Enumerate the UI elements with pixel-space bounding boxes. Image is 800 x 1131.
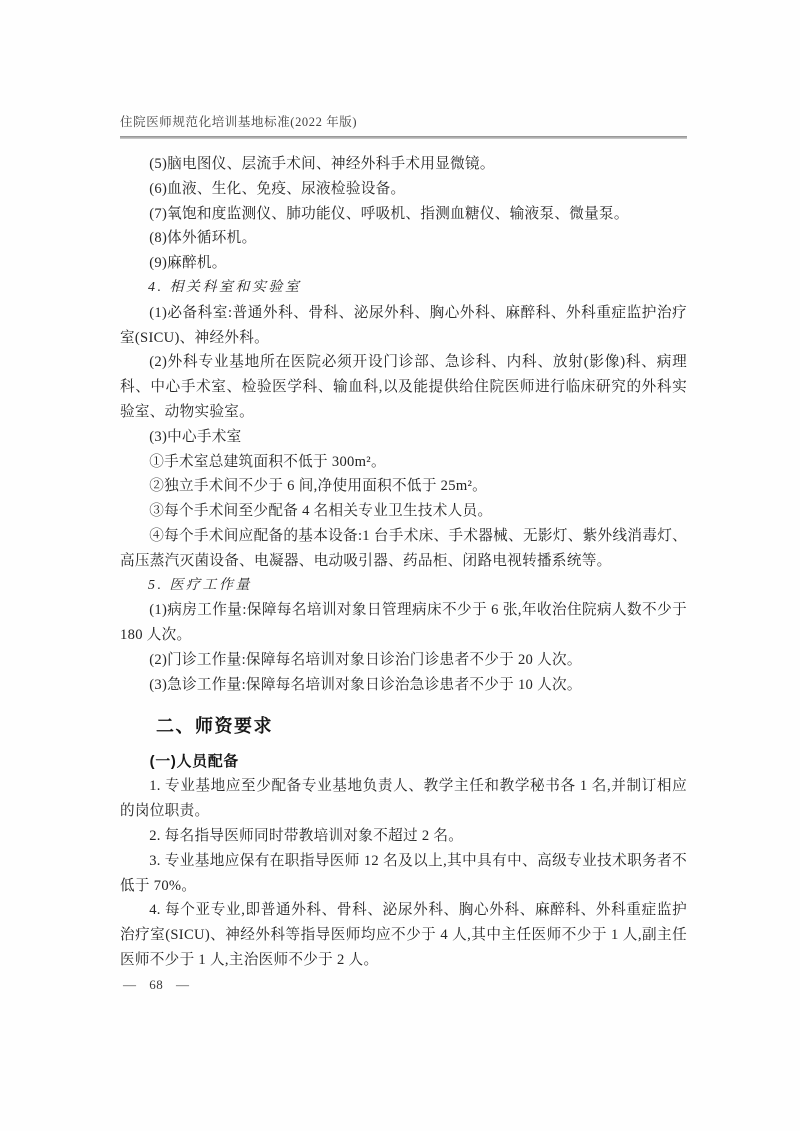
paragraph-item-7: (7)氧饱和度监测仪、肺功能仪、呼吸机、指测血糖仪、输液泵、微量泵。 — [120, 202, 687, 227]
paragraph-circled-4: ④每个手术间应配备的基本设备:1 台手术床、手术器械、无影灯、紫外线消毒灯、高压… — [120, 524, 687, 574]
subitem-heading-departments: 4. 相关科室和实验室 — [120, 276, 687, 301]
paragraph-item-5: (5)脑电图仪、层流手术间、神经外科手术用显微镜。 — [120, 152, 687, 177]
paragraph-central-or: (3)中心手术室 — [120, 425, 687, 450]
paragraph-circled-2: ②独立手术间不少于 6 间,净使用面积不低于 25m²。 — [120, 474, 687, 499]
paragraph-circled-1: ①手术室总建筑面积不低于 300m²。 — [120, 450, 687, 475]
paragraph-staffing-2: 2. 每名指导医师同时带教培训对象不超过 2 名。 — [120, 824, 687, 849]
paragraph-item-6: (6)血液、生化、免疫、尿液检验设备。 — [120, 177, 687, 202]
document-body: (5)脑电图仪、层流手术间、神经外科手术用显微镜。 (6)血液、生化、免疫、尿液… — [120, 152, 687, 973]
paragraph-ward-workload: (1)病房工作量:保障每名培训对象日管理病床不少于 6 张,年收治住院病人数不少… — [120, 598, 687, 648]
document-page: 住院医师规范化培训基地标准(2022 年版) (5)脑电图仪、层流手术间、神经外… — [0, 0, 800, 1131]
paragraph-staffing-1: 1. 专业基地应至少配备专业基地负责人、教学主任和教学秘书各 1 名,并制订相应… — [120, 774, 687, 824]
paragraph-clinic-workload: (2)门诊工作量:保障每名培训对象日诊治门诊患者不少于 20 人次。 — [120, 648, 687, 673]
page-header: 住院医师规范化培训基地标准(2022 年版) — [120, 114, 687, 139]
paragraph-circled-3: ③每个手术间至少配备 4 名相关专业卫生技术人员。 — [120, 499, 687, 524]
paragraph-staffing-3: 3. 专业基地应保有在职指导医师 12 名及以上,其中具有中、高级专业技术职务者… — [120, 849, 687, 899]
paragraph-staffing-4: 4. 每个亚专业,即普通外科、骨科、泌尿外科、胸心外科、麻醉科、外科重症监护治疗… — [120, 898, 687, 972]
page-footer: — 68 — — [123, 977, 190, 993]
header-rule — [120, 136, 687, 139]
subitem-heading-workload: 5. 医疗工作量 — [120, 574, 687, 599]
page-number: — 68 — — [123, 977, 190, 992]
subsection-heading-staffing: (一)人员配备 — [120, 750, 687, 775]
paragraph-er-workload: (3)急诊工作量:保障每名培训对象日诊治急诊患者不少于 10 人次。 — [120, 673, 687, 698]
paragraph-item-8: (8)体外循环机。 — [120, 226, 687, 251]
paragraph-item-9: (9)麻醉机。 — [120, 251, 687, 276]
paragraph-required-depts: (1)必备科室:普通外科、骨科、泌尿外科、胸心外科、麻醉科、外科重症监护治疗室(… — [120, 301, 687, 351]
section-heading-faculty: 二、师资要求 — [120, 712, 687, 740]
running-header-title: 住院医师规范化培训基地标准(2022 年版) — [120, 114, 687, 130]
paragraph-hospital-depts: (2)外科专业基地所在医院必须开设门诊部、急诊科、内科、放射(影像)科、病理科、… — [120, 350, 687, 424]
